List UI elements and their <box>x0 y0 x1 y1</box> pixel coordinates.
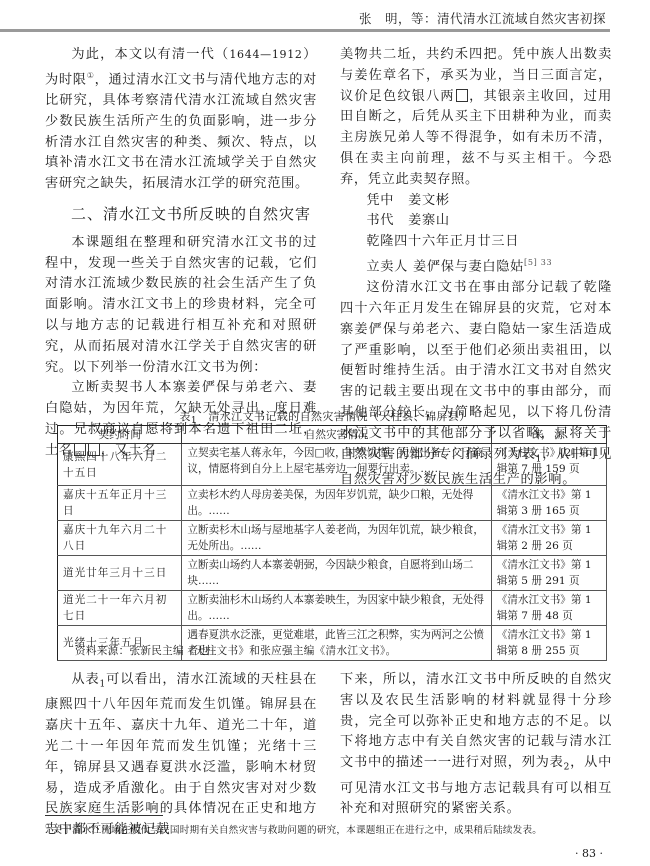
intro-paragraph: 为此，本文以有清一代（1644—1912）为时限①，通过清水江文书与清代地方志的… <box>45 45 317 195</box>
body-paragraph: 本课题组在整理和研究清水江文书的过程中，发现一些关于自然灾害的记载，它们对清水江… <box>45 233 317 379</box>
signature-scribe: 书代 姜寨山 <box>340 211 612 232</box>
signature-role: 凭中 <box>366 193 394 208</box>
table-header-row: 契约时间 自然灾害情况 来 源 <box>58 426 607 444</box>
cell-description: 立断卖山场约人本寨姜朝弼，今因缺少粮食，自愿将到山场二块…… <box>182 556 491 591</box>
contract-seller: 立卖人 姜俨保与妻白隐姑[5] 33 <box>340 253 612 278</box>
cell-time: 嘉庆十九年六月二十八日 <box>58 521 182 556</box>
contract-quote-continued: 美物共二坵，共约禾四把。凭中族人出数卖与姜佐章名下，承买为业，当日三面言定，议价… <box>340 45 612 191</box>
table-row: 嘉庆十九年六月二十八日 立断卖杉木山场与屋地基字人姜老尚，为因年饥荒，缺少粮食，… <box>58 521 607 556</box>
seller-text: 立卖人 姜俨保与妻白隐姑 <box>366 259 524 274</box>
cell-source: 《清水江文书》第 1 辑第 7 册 48 页 <box>491 591 606 626</box>
cell-source: 《清水江文书》第 1 辑第 5 册 291 页 <box>491 556 606 591</box>
table-row: 嘉庆十五年正月十三日 立卖杉木约人母房姜美保，为因年岁饥荒，缺少口粮，无处得出。… <box>58 486 607 521</box>
cell-source: 《清水江文书》第 1 辑第 8 册 255 页 <box>491 626 606 661</box>
cell-source: 《清水江文书》第 1 辑第 2 册 26 页 <box>491 521 606 556</box>
table-row: 道光二十一年六月初七日 立断卖油杉木山场约人本寨姜映生，为因家中缺少粮食，无处得… <box>58 591 607 626</box>
cell-source: 《天柱文书》[2] 第 1 辑第 7 册 159 页 <box>491 444 606 486</box>
citation-marker[interactable]: [5] 33 <box>524 258 552 267</box>
intro-text: ，通过清水江文书与清代地方志的对比研究，具体考察清代清水江流域自然灾害少数民族生… <box>45 72 317 191</box>
column-header-time: 契约时间 <box>58 426 182 444</box>
footnote-divider <box>45 815 163 816</box>
cell-description: 立断卖油杉木山场约人本寨姜映生，为因家中缺少粮食，无处得出。…… <box>182 591 491 626</box>
contract-date: 乾隆四十六年正月廿三日 <box>340 232 612 253</box>
column-header-source: 来 源 <box>491 426 606 444</box>
body-text: 可以看出，清水江流域的天柱县在康熙四十八年因年荒而发生饥馑。锦屏县在嘉庆十五年、… <box>45 672 317 837</box>
running-header: 张 明，等：清代清水江流域自然灾害初探 <box>0 0 650 34</box>
cell-description: 立卖杉木约人母房姜美保，为因年岁饥荒，缺少口粮，无处得出。…… <box>182 486 491 521</box>
illegible-character-icon <box>456 89 468 102</box>
body-paragraph: 下来，所以，清水江文书中所反映的自然灾害以及农民生活影响的材料就显得十分珍贵，完… <box>340 670 612 820</box>
right-column-bottom: 下来，所以，清水江文书中所反映的自然灾害以及农民生活影响的材料就显得十分珍贵，完… <box>340 670 612 820</box>
column-header-description: 自然灾害情况 <box>182 426 491 444</box>
body-text: 从表 <box>71 672 99 687</box>
table-caption: 表1 清水江文书记载的自然灾害情况（天柱县、锦屏县） <box>0 408 650 426</box>
caption-prefix: 表 <box>179 410 190 423</box>
running-title: 张 明，等：清代清水江流域自然灾害初探 <box>359 9 606 27</box>
footnote-text: 关于清水江流域在明代与民国时期有关自然灾害与救助问题的研究，本课题组正在进行之中… <box>52 825 542 836</box>
cell-description: 立断卖杉木山场与屋地基字人姜老尚，为因年饥荒，缺少粮食，无处所出。…… <box>182 521 491 556</box>
signature-name: 姜寨山 <box>408 213 450 228</box>
left-column-top: 为此，本文以有清一代（1644—1912）为时限①，通过清水江文书与清代地方志的… <box>45 45 317 462</box>
footnote: ①关于清水江流域在明代与民国时期有关自然灾害与救助问题的研究，本课题组正在进行之… <box>45 822 542 836</box>
signature-witness: 凭中 姜文彬 <box>340 191 612 212</box>
signature-name: 姜文彬 <box>408 193 450 208</box>
cell-time: 道光廿年三月十三日 <box>58 556 182 591</box>
page-number: · 83 · <box>575 847 603 860</box>
cell-source: 《清水江文书》第 1 辑第 3 册 165 页 <box>491 486 606 521</box>
footnote-marker[interactable]: ① <box>87 71 95 80</box>
caption-text: 清水江文书记载的自然灾害情况（天柱县、锦屏县） <box>208 410 470 423</box>
disaster-table: 契约时间 自然灾害情况 来 源 康熙四十八年六月二十五日 立契卖宅基人蒋永年，今… <box>57 425 607 661</box>
cell-description: 立契卖宅基人蒋永年，今因□收，时岁饥馑，无处出备。父子商议，情愿将到自分上上屋宅… <box>182 444 491 486</box>
header-rule <box>0 29 610 32</box>
cell-time: 康熙四十八年六月二十五日 <box>58 444 182 486</box>
cell-time: 嘉庆十五年正月十三日 <box>58 486 182 521</box>
table-row: 康熙四十八年六月二十五日 立契卖宅基人蒋永年，今因□收，时岁饥馑，无处出备。父子… <box>58 444 607 486</box>
cell-time: 道光二十一年六月初七日 <box>58 591 182 626</box>
intro-text: 为此，本文以有清一代（ <box>71 47 229 62</box>
section-heading: 二、清水江文书所反映的自然灾害 <box>71 204 317 225</box>
years-range: 1644—1912 <box>229 48 302 61</box>
table-row: 道光廿年三月十三日 立断卖山场约人本寨姜朝弼，今因缺少粮食，自愿将到山场二块……… <box>58 556 607 591</box>
signature-role: 书代 <box>366 213 394 228</box>
table-source-note: 资料来源：张新民主编《天柱文书》和张应强主编《清水江文书》。 <box>75 643 397 658</box>
